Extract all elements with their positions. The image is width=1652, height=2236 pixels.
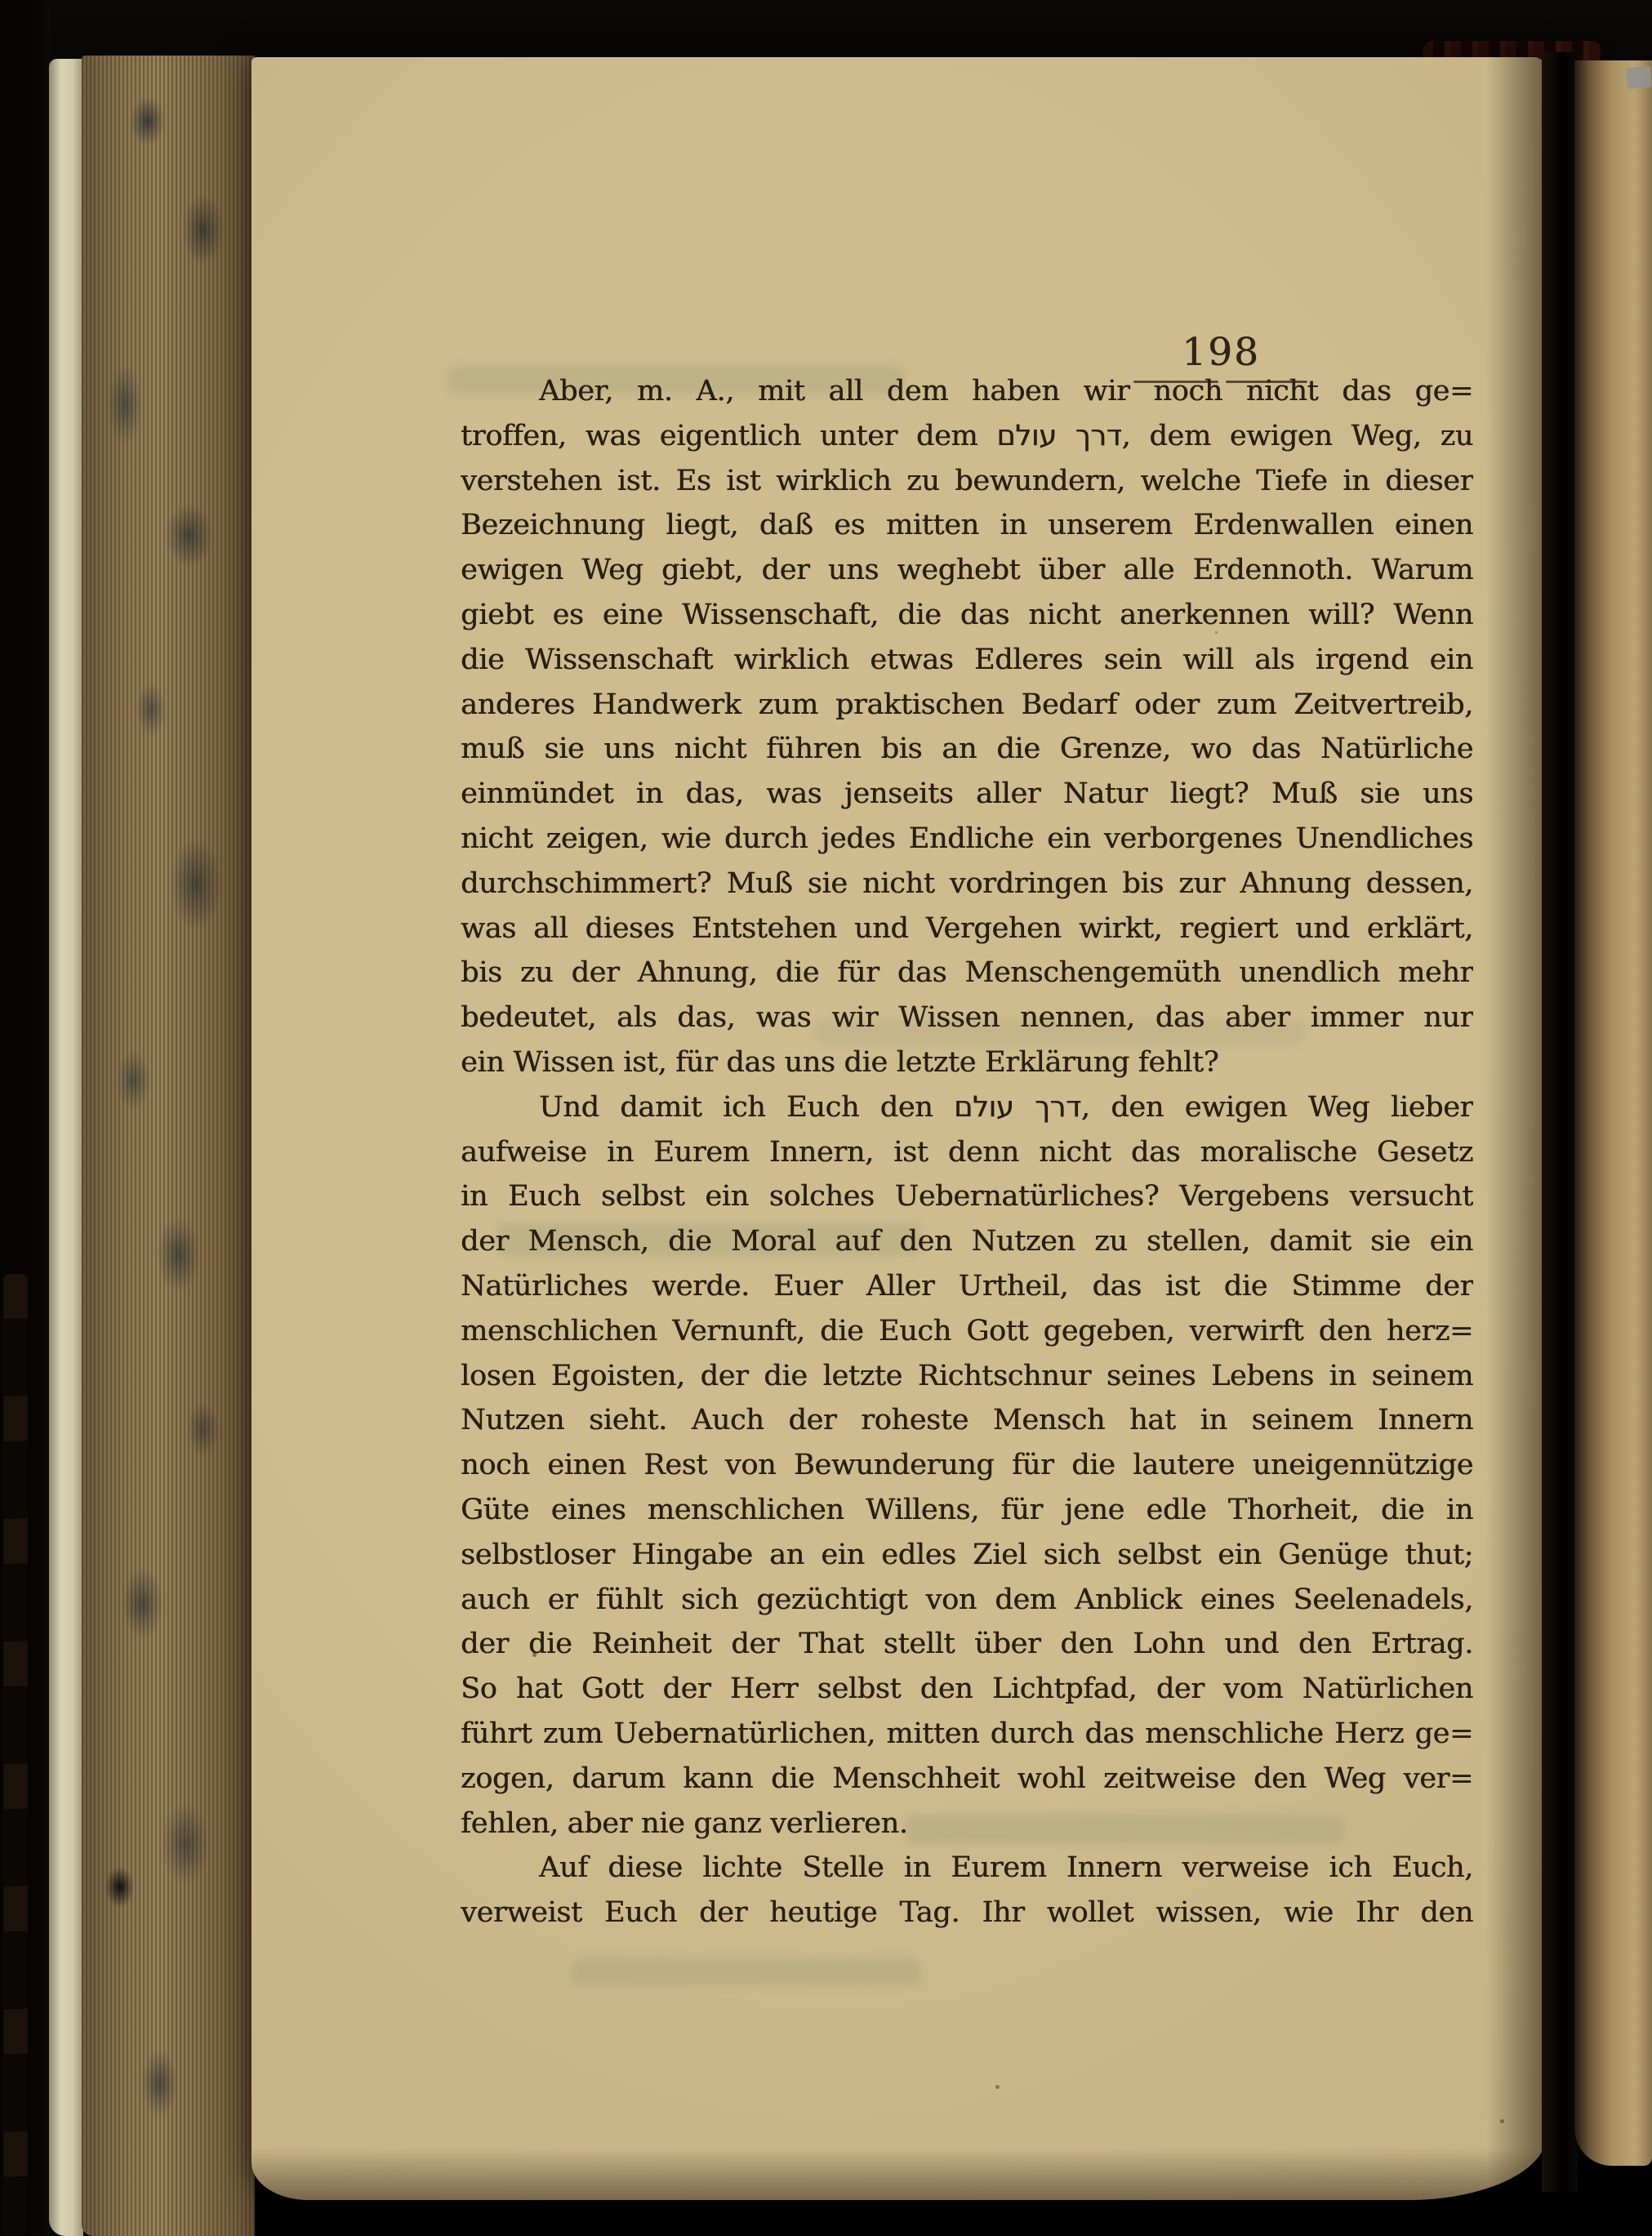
text-line: Aber, m. A., mit all dem haben wir noch …	[461, 369, 1473, 414]
text-line: der die Reinheit der That stellt über de…	[461, 1622, 1473, 1667]
text-line: durchschimmert? Muß sie nicht vordringen…	[461, 862, 1473, 906]
text-line: Nutzen sieht. Auch der roheste Mensch ha…	[461, 1398, 1473, 1443]
text-line: So hat Gott der Herr selbst den Lichtpfa…	[461, 1667, 1473, 1712]
book-page: 198 Aber, m. A., mit all dem haben wir n…	[252, 57, 1547, 2200]
text-line: anderes Handwerk zum praktischen Bedarf …	[461, 683, 1473, 728]
text-line: Und damit ich Euch den דרך עולם, den ewi…	[461, 1085, 1473, 1130]
bleed-through-ghost	[570, 1958, 921, 1986]
text-line: ein Wissen ist, für das uns die letzte E…	[461, 1040, 1473, 1085]
text-line: bedeutet, als das, was wir Wissen nennen…	[461, 996, 1473, 1040]
page-number: 198	[1094, 332, 1347, 374]
fore-edge-marbled-block	[82, 56, 255, 2236]
text-line: führt zum Uebernatürlichen, mitten durch…	[461, 1712, 1473, 1757]
text-line: was all dieses Entstehen und Vergehen wi…	[461, 906, 1473, 951]
text-line: einmündet in das, was jenseits aller Nat…	[461, 772, 1473, 817]
facing-page-highlight	[1626, 66, 1652, 89]
text-line: noch einen Rest von Bewunderung für die …	[461, 1443, 1473, 1488]
text-line: verweist Euch der heutige Tag. Ihr wolle…	[461, 1891, 1473, 1935]
page-text-block: Aber, m. A., mit all dem haben wir noch …	[461, 369, 1473, 1935]
text-line: muß sie uns nicht führen bis an die Gren…	[461, 727, 1473, 772]
text-line: aufweise in Eurem Innern, ist denn nicht…	[461, 1130, 1473, 1175]
page-edge-highlight	[49, 59, 83, 2236]
text-line: auch er fühlt sich gezüchtigt von dem An…	[461, 1578, 1473, 1623]
text-line: zogen, darum kann die Menschheit wohl ze…	[461, 1757, 1473, 1802]
book-cover-texture	[3, 1274, 28, 2236]
text-line: giebt es eine Wissenschaft, die das nich…	[461, 593, 1473, 638]
text-line: fehlen, aber nie ganz verlieren.	[461, 1802, 1473, 1846]
photo-background: 198 Aber, m. A., mit all dem haben wir n…	[0, 0, 1652, 2236]
text-line: Bezeichnung liegt, daß es mitten in unse…	[461, 503, 1473, 548]
text-line: troffen, was eigentlich unter dem דרך עו…	[461, 414, 1473, 459]
gutter-shadow	[1542, 52, 1578, 2192]
text-line: Güte eines menschlichen Willens, für jen…	[461, 1488, 1473, 1533]
text-line: der Mensch, die Moral auf den Nutzen zu …	[461, 1219, 1473, 1264]
text-line: ewigen Weg giebt, der uns weghebt über a…	[461, 548, 1473, 593]
facing-page-edge	[1574, 60, 1652, 2166]
text-line: Natürliches werde. Euer Aller Urtheil, d…	[461, 1264, 1473, 1309]
text-line: bis zu der Ahnung, die für das Menscheng…	[461, 951, 1473, 996]
text-line: verstehen ist. Es ist wirklich zu bewund…	[461, 459, 1473, 504]
text-line: selbstloser Hingabe an ein edles Ziel si…	[461, 1533, 1473, 1578]
text-line: losen Egoisten, der die letzte Richtschn…	[461, 1354, 1473, 1399]
text-line: die Wissenschaft wirklich etwas Edleres …	[461, 638, 1473, 683]
text-line: nicht zeigen, wie durch jedes Endliche e…	[461, 817, 1473, 862]
text-line: in Euch selbst ein solches Uebernatürlic…	[461, 1174, 1473, 1219]
text-line: menschlichen Vernunft, die Euch Gott geg…	[461, 1309, 1473, 1354]
text-line: Auf diese lichte Stelle in Eurem Innern …	[461, 1846, 1473, 1891]
